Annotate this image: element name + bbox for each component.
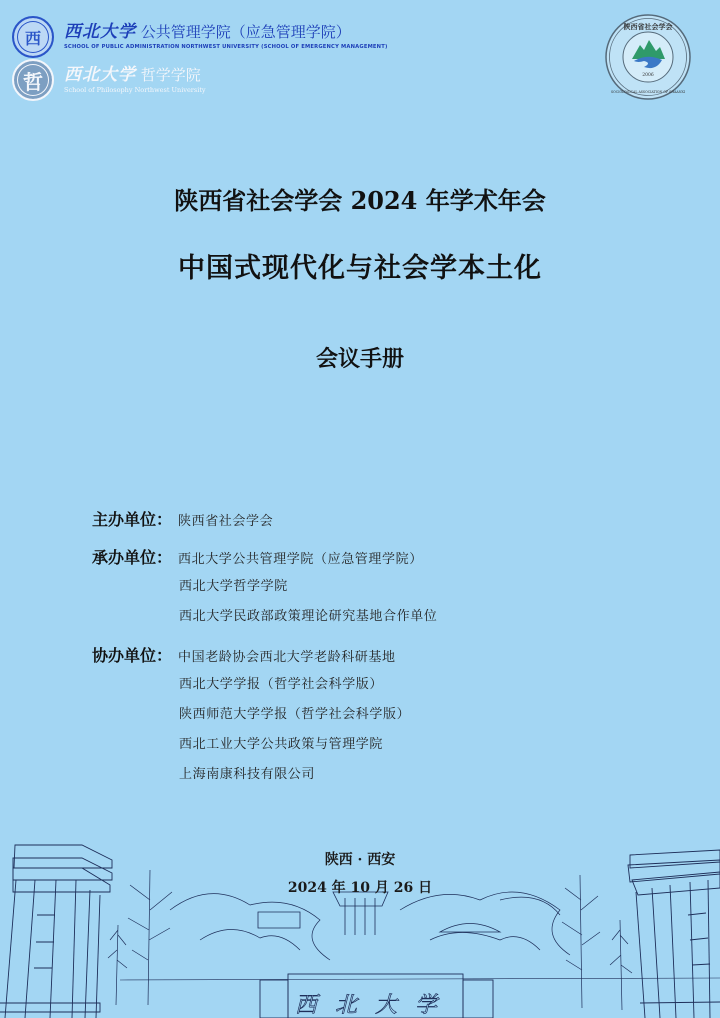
right-gate-pillar-icon <box>628 850 720 1018</box>
association-seal-icon: 陕西省社会学会 2006 SOCIOLOGICAL ASSOCIATION OF… <box>604 13 692 101</box>
organizer-group-undertaker: 承办单位：西北大学公共管理学院（应急管理学院） 西北大学哲学学院 西北大学民政部… <box>92 545 437 635</box>
calligraphy-text: 西北大学 <box>64 22 136 42</box>
gate-inscription: 西北大学 <box>295 993 455 1018</box>
conference-theme: 中国式现代化与社会学本土化 <box>0 246 720 285</box>
location-text: 陕西 · 西安 <box>0 849 720 869</box>
organizer-label: 协办单位： <box>92 643 178 666</box>
organizer-group-co-organizer: 协办单位：中国老龄协会西北大学老龄科研基地 西北大学学报（哲学社会科学版） 陕西… <box>92 643 437 793</box>
organizer-value: 西北大学公共管理学院（应急管理学院） <box>178 548 423 567</box>
logo-philosophy: 哲 西北大学 哲学学院 School of Philosophy Northwe… <box>12 59 206 101</box>
conference-title: 陕西省社会学会 2024 年学术年会 <box>0 181 720 216</box>
organizer-value: 西北大学学报（哲学社会科学版） <box>179 673 383 692</box>
organizers-list: 主办单位：陕西省社会学会 承办单位：西北大学公共管理学院（应急管理学院） 西北大… <box>92 507 437 801</box>
organizer-label: 主办单位： <box>92 507 178 530</box>
university-seal-icon: 西 <box>12 16 54 58</box>
organizer-value: 上海南康科技有限公司 <box>179 763 315 782</box>
organizer-value: 西北大学哲学学院 <box>179 575 288 594</box>
date-text: 2024 年 10 月 26 日 <box>0 877 720 897</box>
gate-wall-icon: 西北大学 <box>120 974 720 1018</box>
organizer-value: 西北大学民政部政策理论研究基地合作单位 <box>179 605 437 624</box>
school-name-cn: 公共管理学院（应急管理学院） <box>141 23 351 41</box>
organizer-group-host: 主办单位：陕西省社会学会 <box>92 507 437 537</box>
organizer-label: 承办单位： <box>92 545 178 568</box>
organizer-value: 中国老龄协会西北大学老龄科研基地 <box>178 646 396 665</box>
organizer-value: 陕西师范大学学报（哲学社会科学版） <box>179 703 410 722</box>
seal-ring-cn: 陕西省社会学会 <box>624 22 673 31</box>
philosophy-seal-icon: 哲 <box>12 59 54 101</box>
seal-year: 2006 <box>642 72 654 78</box>
handbook-title: 会议手册 <box>0 342 720 373</box>
organizer-value: 陕西省社会学会 <box>178 510 273 529</box>
school-name-cn: 哲学学院 <box>141 66 201 84</box>
calligraphy-text: 西北大学 <box>64 65 136 85</box>
logo-public-administration: 西 西北大学 公共管理学院（应急管理学院） SCHOOL OF PUBLIC A… <box>12 16 388 58</box>
school-name-en: SCHOOL OF PUBLIC ADMINISTRATION NORTHWES… <box>64 45 388 50</box>
seal-glyph: 西 <box>25 26 41 49</box>
central-building-icon <box>258 892 500 935</box>
school-name-en: School of Philosophy Northwest Universit… <box>64 87 206 94</box>
organizer-value: 西北工业大学公共政策与管理学院 <box>179 733 383 752</box>
seal-ring-en: SOCIOLOGICAL ASSOCIATION OF SHAANXI <box>611 90 686 94</box>
seal-glyph: 哲 <box>23 66 43 95</box>
left-gate-pillar-icon <box>0 845 112 1018</box>
